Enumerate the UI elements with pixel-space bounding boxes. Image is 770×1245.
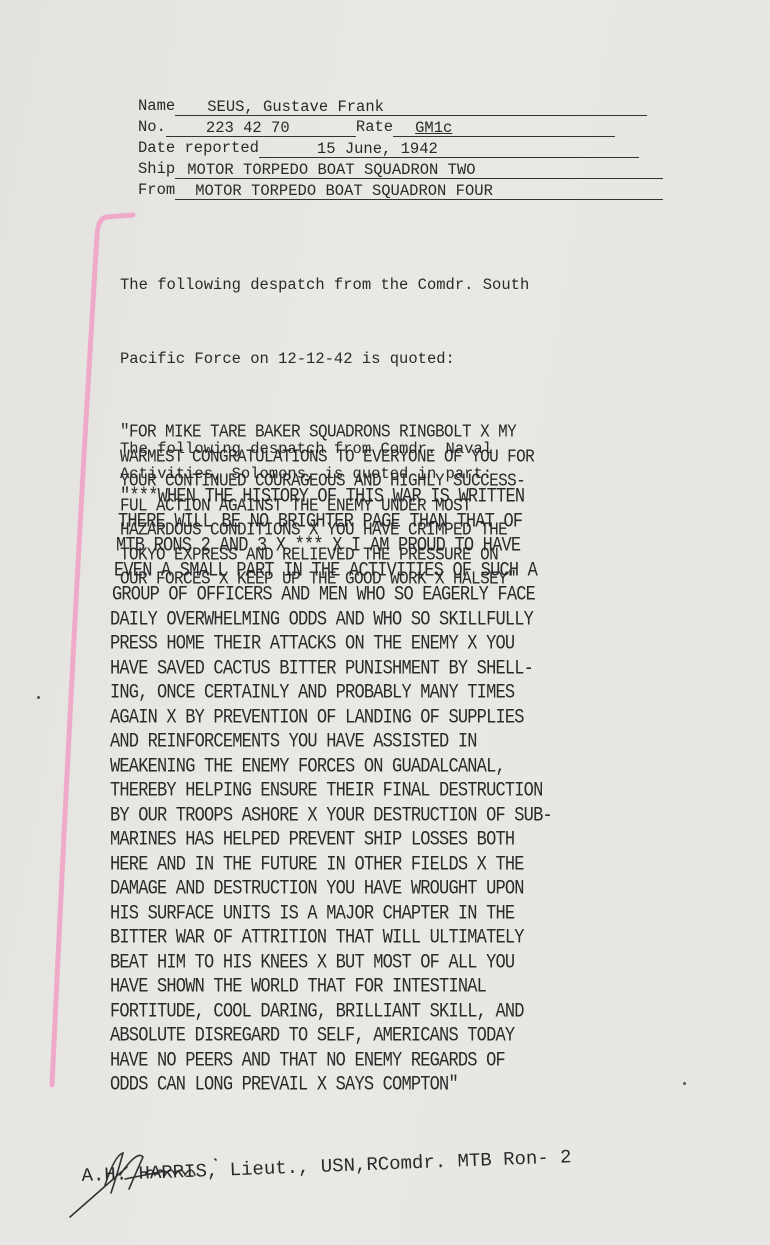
date-value: 15 June, 1942 (259, 140, 639, 158)
despatch-quote: "***WHEN THE HISTORY OF THIS WAR IS WRIT… (110, 486, 710, 1099)
number-label: No. (138, 117, 166, 137)
despatch-intro-line: Activities, Solomons, is quoted in part: (110, 462, 710, 487)
from-label: From (138, 180, 175, 200)
number-rate-field: No.223 42 70RateGM1c (138, 117, 666, 138)
ship-value: MOTOR TORPEDO BOAT SQUADRON TWO (175, 161, 663, 179)
despatch-intro-line: The following despatch from the Comdr. S… (120, 273, 700, 298)
despatch-quote-line: ODDS CAN LONG PREVAIL X SAYS COMPTON" (110, 1072, 710, 1101)
from-value: MOTOR TORPEDO BOAT SQUADRON FOUR (175, 182, 663, 200)
name-label: Name (138, 96, 175, 116)
despatch-intro-line: Pacific Force on 12-12-42 is quoted: (120, 347, 700, 372)
date-label: Date reported (138, 138, 259, 158)
rate-value: GM1c (415, 119, 452, 137)
despatch-compton: The following despatch from Comdr. Naval… (110, 437, 710, 1099)
rate-label: Rate (356, 117, 393, 137)
despatch-intro-line: The following despatch from Comdr. Naval (110, 437, 710, 462)
paper-speck (37, 696, 40, 699)
name-field: NameSEUS, Gustave Frank (138, 96, 666, 117)
from-field: FromMOTOR TORPEDO BOAT SQUADRON FOUR (138, 180, 666, 201)
name-value: SEUS, Gustave Frank (175, 98, 647, 116)
paper-speck (683, 1082, 686, 1085)
personnel-record-header: NameSEUS, Gustave Frank No.223 42 70Rate… (138, 96, 666, 201)
date-reported-field: Date reported15 June, 1942 (138, 138, 666, 159)
ship-label: Ship (138, 159, 175, 179)
number-value: 223 42 70 (166, 119, 356, 137)
ship-field: ShipMOTOR TORPEDO BOAT SQUADRON TWO (138, 159, 666, 180)
